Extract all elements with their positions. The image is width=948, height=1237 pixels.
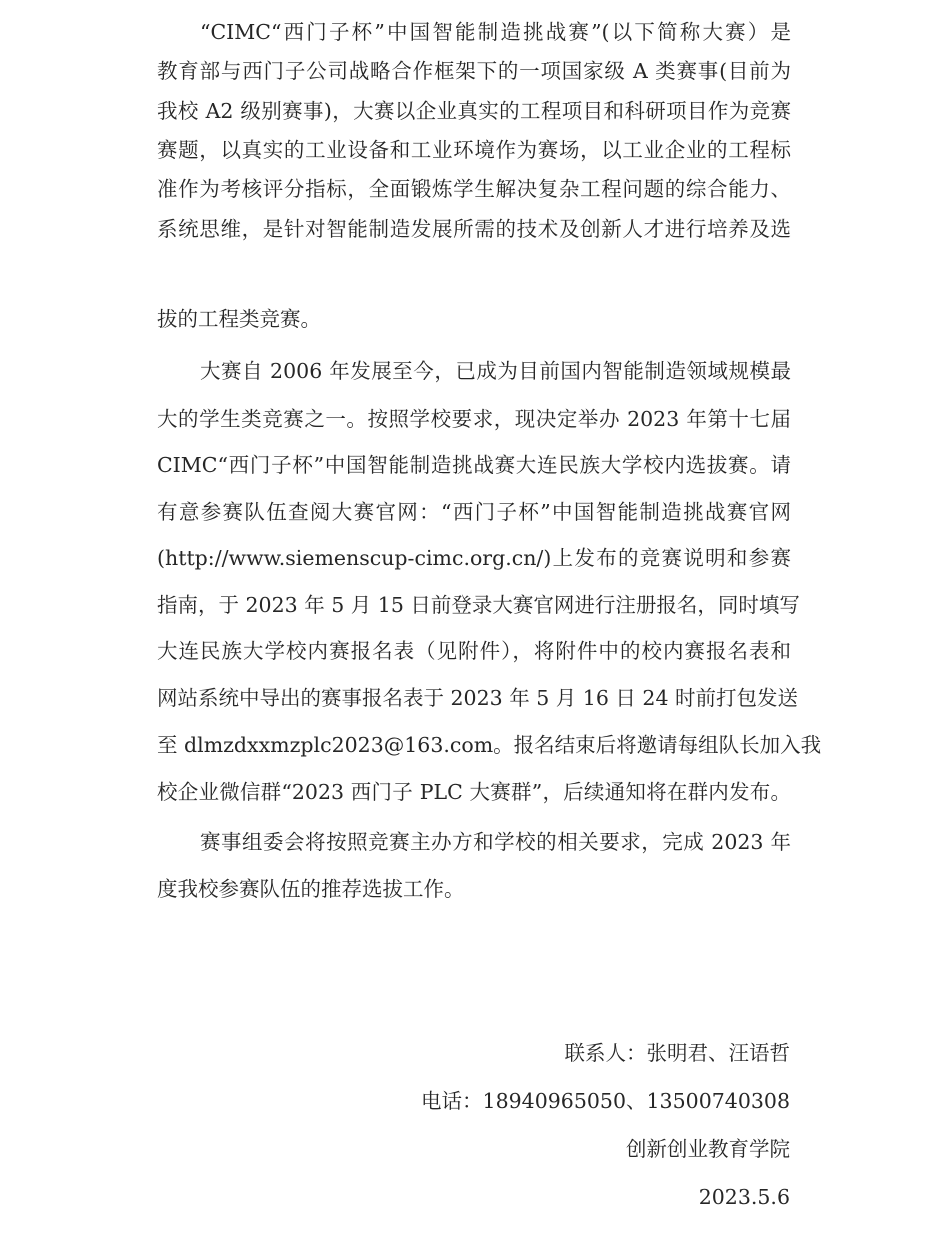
paragraph-2-line-9: 至 dlmzdxxmzplc2023@163.com。报名结束后将邀请每组队长加…: [157, 730, 791, 760]
paragraph-1-line-2: 教育部与西门子公司战略合作框架下的一项国家级 A 类赛事(目前为: [157, 56, 791, 86]
paragraph-1-line-4: 赛题，以真实的工业设备和工业环境作为赛场，以工业企业的工程标: [157, 135, 791, 165]
paragraph-1-line-3: 我校 A2 级别赛事)，大赛以企业真实的工程项目和科研项目作为竞赛: [157, 96, 791, 126]
paragraph-2-line-1: 大赛自 2006 年发展至今，已成为目前国内智能制造领域规模最: [200, 356, 791, 386]
document-page: “CIMC“西门子杯”中国智能制造挑战赛”(以下简称大赛）是 教育部与西门子公司…: [0, 0, 948, 1237]
issuing-department: 创新创业教育学院: [626, 1134, 790, 1164]
contact-persons: 联系人：张明君、汪语哲: [565, 1038, 791, 1068]
paragraph-2-line-3: CIMC“西门子杯”中国智能制造挑战赛大连民族大学校内选拔赛。请: [157, 450, 791, 480]
paragraph-3-line-2: 度我校参赛队伍的推荐选拔工作。: [157, 874, 791, 904]
paragraph-1-line-7: 拔的工程类竞赛。: [157, 304, 791, 334]
contact-phone: 电话：18940965050、13500740308: [421, 1086, 790, 1116]
paragraph-2-line-7: 大连民族大学校内赛报名表（见附件），将附件中的校内赛报名表和: [157, 636, 791, 666]
paragraph-2-line-10: 校企业微信群“2023 西门子 PLC 大赛群”，后续通知将在群内发布。: [157, 777, 791, 807]
paragraph-2-line-4: 有意参赛队伍查阅大赛官网：“西门子杯”中国智能制造挑战赛官网: [157, 497, 791, 527]
paragraph-2-line-5: (http://www.siemenscup-cimc.org.cn/)上发布的…: [157, 543, 791, 573]
paragraph-2-line-2: 大的学生类竞赛之一。按照学校要求，现决定举办 2023 年第十七届: [157, 404, 791, 434]
paragraph-2-line-8: 网站系统中导出的赛事报名表于 2023 年 5 月 16 日 24 时前打包发送: [157, 683, 791, 713]
paragraph-1-line-1: “CIMC“西门子杯”中国智能制造挑战赛”(以下简称大赛）是: [200, 17, 791, 47]
paragraph-2-line-6: 指南，于 2023 年 5 月 15 日前登录大赛官网进行注册报名，同时填写: [157, 590, 791, 620]
paragraph-1-line-6: 系统思维，是针对智能制造发展所需的技术及创新人才进行培养及选: [157, 214, 791, 244]
issue-date: 2023.5.6: [699, 1182, 790, 1212]
paragraph-1-line-5: 准作为考核评分指标，全面锻炼学生解决复杂工程问题的综合能力、: [157, 174, 791, 204]
paragraph-3-line-1: 赛事组委会将按照竞赛主办方和学校的相关要求，完成 2023 年: [200, 827, 791, 857]
